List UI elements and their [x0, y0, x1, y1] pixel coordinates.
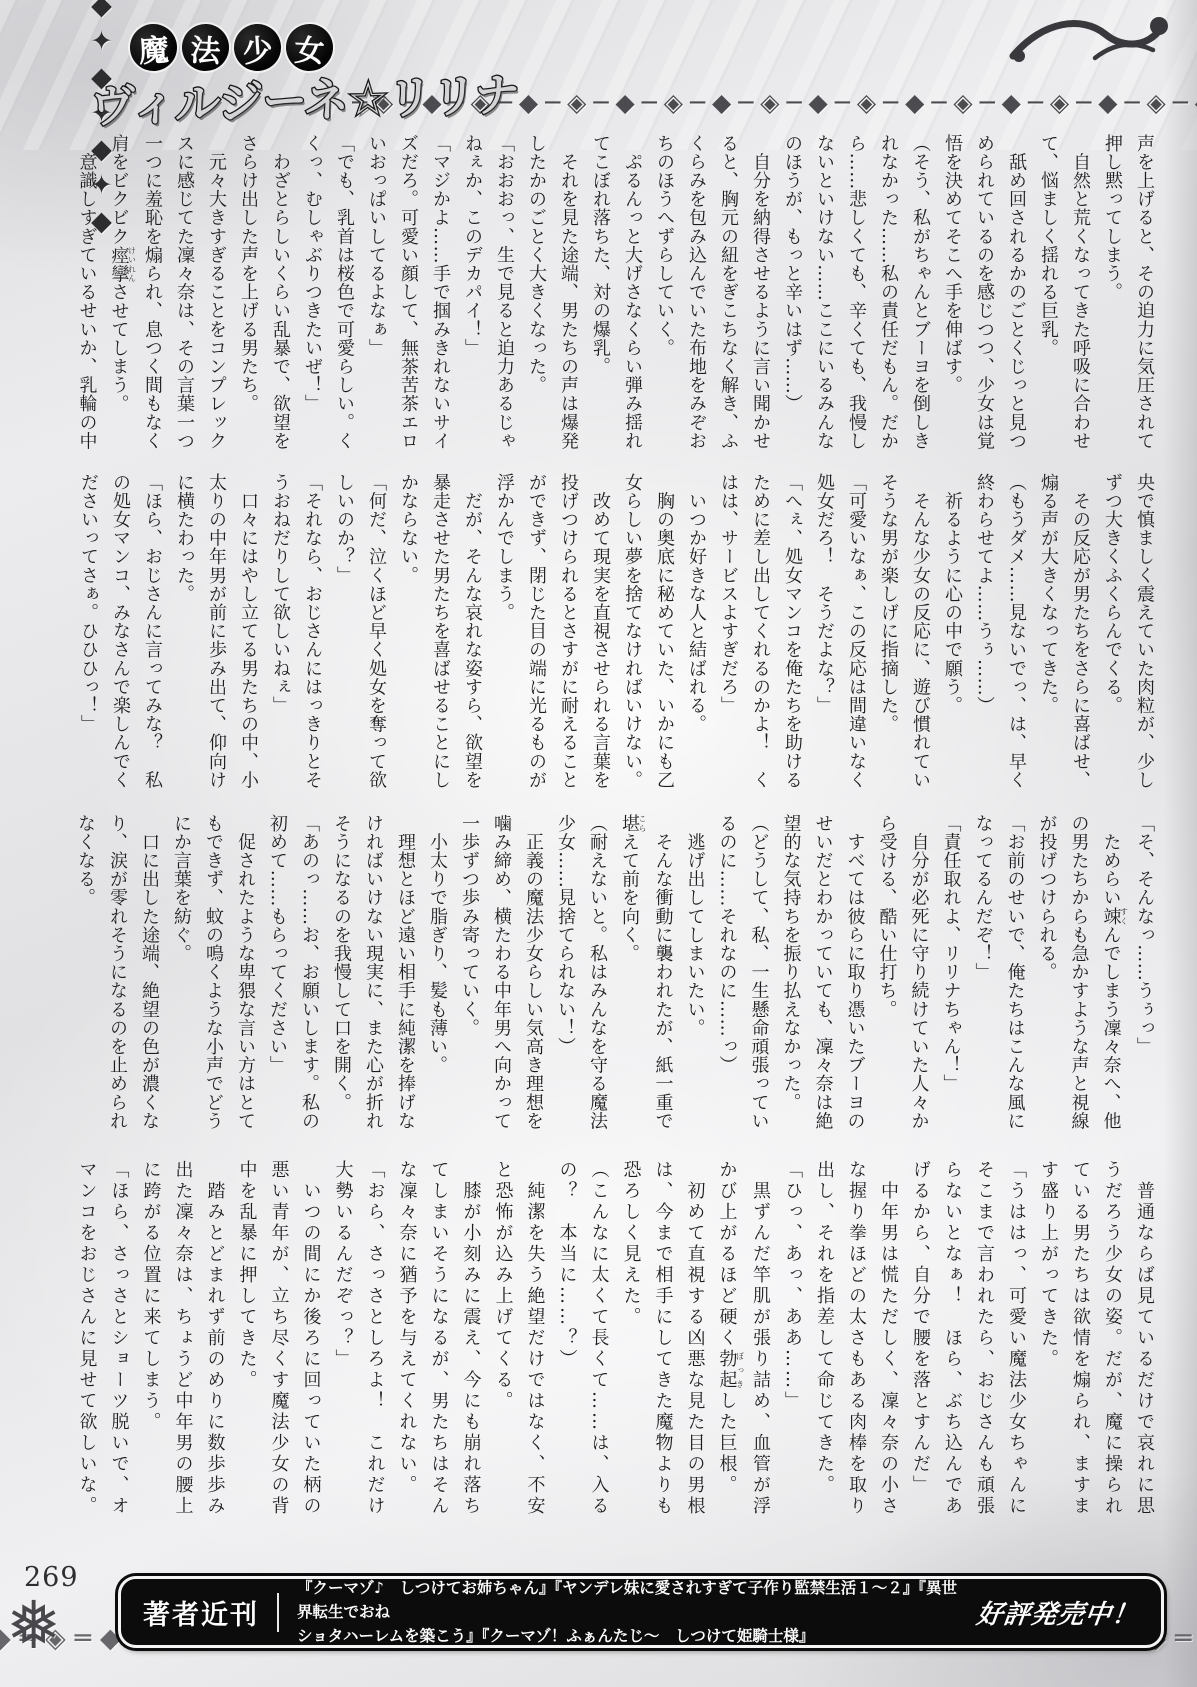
- text-column: 祈るように心の中で願う。: [936, 473, 968, 805]
- text-column: 「可愛いなぁ、この反応は間違いなく: [840, 473, 872, 805]
- text-column: は、今まで相手にしてきた魔物よりも: [647, 1160, 679, 1552]
- text-column: かび上がるほど硬く勃起ぼっきした巨根。: [711, 1160, 745, 1552]
- novel-text-band-2: 央で慎ましく震えていた肉粒が、少しずつ大きくふくらんでくる。 その反応が男たちを…: [72, 473, 1160, 805]
- novel-text-band-3: 「そ、そんなっ……うぅっ」 ためらい竦すくんでしまう凜々奈へ、他の男たちからも急…: [69, 814, 1160, 1146]
- text-column: 望的な気持ちを振り払えなかった。: [775, 814, 807, 1146]
- text-column: （耐えないと。私はみんなを守る魔法: [581, 814, 613, 1146]
- text-column: 肩をビクビク痙攣けいれんさせてしまう。: [103, 134, 137, 466]
- corner-flourish-icon: [1009, 6, 1169, 76]
- text-column: 初めて直視する凶悪な見た目の男根: [679, 1160, 711, 1552]
- text-column: す盛り上がってきた。: [1032, 1160, 1064, 1552]
- text-column: ださいってさぁ。ひひひっ！」: [72, 473, 104, 805]
- text-column: 少女……見捨てられない！）: [549, 814, 581, 1146]
- text-column: （もうダメ……見ないでっ、は、早く: [1000, 473, 1032, 805]
- text-column: ずつ大きくふくらんでくる。: [1096, 473, 1128, 805]
- text-column: 「へぇ、処女マンコを俺たちを助ける: [776, 473, 808, 805]
- text-column: 堪こらえて前を向く。: [613, 814, 647, 1146]
- text-column: さらけ出した声を上げる男たち。: [232, 134, 264, 466]
- text-column: そんな衝動に襲われたが、紙一重で: [647, 814, 679, 1146]
- text-column: せいだとわかっていても、凜々奈は絶: [807, 814, 839, 1146]
- text-column: ができず、閉じた目の端に光るものが: [520, 473, 552, 805]
- text-column: 「ほら、さっさとショーツ脱いで、オ: [103, 1160, 135, 1552]
- text-column: 噛み締め、横たわる中年男へ向かって: [485, 814, 517, 1146]
- text-column: な凜々奈に猶予を与えてくれない。: [391, 1160, 423, 1552]
- text-column: 声を上げると、その迫力に気圧されて: [1128, 134, 1160, 466]
- text-column: れなかった……私の責任だもん。だか: [872, 134, 904, 466]
- text-column: 「おら、さっさとしろよ！ これだけ: [359, 1160, 391, 1552]
- text-column: うおねだりして欲しいねぇ」: [264, 473, 296, 805]
- text-column: すべては彼らに取り憑いたブーヨの: [839, 814, 871, 1146]
- text-column: な握り拳ほどの太さもある肉棒を取り: [840, 1160, 872, 1552]
- text-column: （こんなに太くて長くて……は、入る: [583, 1160, 615, 1552]
- text-column: 押し黙ってしまう。: [1096, 134, 1128, 466]
- text-column: ズだろ。可愛い顔して、無茶苦茶エロ: [392, 134, 424, 466]
- text-column: 暴走させた男たちを喜ばせることにし: [424, 473, 456, 805]
- text-column: そこまで言われたら、おじさんも頑張: [968, 1160, 1000, 1552]
- text-column: ために差し出してくれるのかよ！ く: [744, 473, 776, 805]
- text-column: 改めて現実を直視させられる言葉を: [584, 473, 616, 805]
- page-number: 269: [24, 1562, 79, 1593]
- text-column: 舐め回されるかのごとくじっと見つ: [1000, 134, 1032, 466]
- text-column: いつの間にか後ろに回っていた柄の: [295, 1160, 327, 1552]
- text-column: （どうして、私、一生懸命頑張ってい: [743, 814, 775, 1146]
- text-column: 口に出した途端、絶望の色が濃くな: [133, 814, 165, 1146]
- text-column: いおっぱいしてるよなぁ」: [360, 134, 392, 466]
- text-column: 普通ならば見ているだけで哀れに思: [1128, 1160, 1160, 1552]
- series-logo-title: ヴィルジーネ☆リリナ: [89, 58, 519, 135]
- text-column: 「でも、乳首は桜色で可愛らしい。く: [328, 134, 360, 466]
- text-column: 「お前のせいで、俺たちはこんな風に: [999, 814, 1031, 1146]
- text-column: ないといけない……ここにいるみんな: [808, 134, 840, 466]
- footer-label: 著者近刊: [143, 1593, 279, 1632]
- text-column: しいのか？」: [328, 473, 360, 805]
- text-column: 逃げ出してしまいたい。: [679, 814, 711, 1146]
- text-column: 促されたような卑猥な言い方はとて: [229, 814, 261, 1146]
- text-column: ぷるんっと大げさなくらい弾み揺れ: [616, 134, 648, 466]
- text-column: 正義の魔法少女らしい気高き理想を: [517, 814, 549, 1146]
- text-column: 小太りで脂ぎり、髪も薄い。: [421, 814, 453, 1146]
- text-column: マンコをおじさんに見せて欲しいな。: [71, 1160, 103, 1552]
- footer-book-titles: 『クーマゾ♪ しつけてお姉ちゃん』『ヤンデレ妹に愛されすぎて子作り監禁生活１～２…: [297, 1576, 959, 1648]
- text-column: 煽る声が大きくなってきた。: [1032, 473, 1064, 805]
- text-column: てしまいそうになるが、男たちはそん: [423, 1160, 455, 1552]
- text-column: スに感じてた凜々奈は、その言葉一つ: [168, 134, 200, 466]
- text-column: 「うははっ、可愛い魔法少女ちゃんに: [1000, 1160, 1032, 1552]
- text-column: ている男たちは欲情を煽られ、ますま: [1064, 1160, 1096, 1552]
- text-column: それを見た途端、男たちの声は爆発: [552, 134, 584, 466]
- logo-badge-char: 法: [181, 23, 230, 72]
- text-column: 投げつけられるとさすがに耐えること: [552, 473, 584, 805]
- author-books-footer: 著者近刊 『クーマゾ♪ しつけてお姉ちゃん』『ヤンデレ妹に愛されすぎて子作り監禁…: [118, 1576, 1164, 1648]
- footer-titles-line1: 『クーマゾ♪ しつけてお姉ちゃん』『ヤンデレ妹に愛されすぎて子作り監禁生活１～２…: [297, 1579, 957, 1621]
- text-column: 中年男は慌ただしく、凜々奈の小さ: [872, 1160, 904, 1552]
- text-column: なってるんだぞ！」: [967, 814, 999, 1146]
- text-column: 一つに羞恥を煽られ、息つく間もなく: [136, 134, 168, 466]
- text-column: 理想とほど遠い相手に純潔を捧げな: [389, 814, 421, 1146]
- text-column: 悟を決めてそこへ手を伸ばす。: [936, 134, 968, 466]
- text-column: 膝が小刻みに震え、今にも崩れ落ち: [455, 1160, 487, 1552]
- text-column: くっ、むしゃぶりつきたいぜ！」: [296, 134, 328, 466]
- novel-page: ◆✦◆✦◆✦◆✦◆✦ ─◈─◆─◈─◆─◈─◆─◈─◆─◈─◆─◈─◆─◈─◆─…: [0, 0, 1197, 1687]
- text-column: なくなる。: [69, 814, 101, 1146]
- text-column: 中を乱暴に押してきた。: [231, 1160, 263, 1552]
- text-column: 出た凜々奈は、ちょうど中年男の腰上: [167, 1160, 199, 1552]
- text-column: 「何だ、泣くほど早く処女を奪って欲: [360, 473, 392, 805]
- text-column: 悪い青年が、立ち尽くす魔法少女の背: [263, 1160, 295, 1552]
- text-column: わざとらしいくらい乱暴で、欲望を: [264, 134, 296, 466]
- text-column: 「ひっ、あっ、ああ……」: [776, 1160, 808, 1552]
- text-column: 自分を納得させるように言い聞かせ: [744, 134, 776, 466]
- text-column: 「あのっ……お、お願いします。私の: [293, 814, 325, 1146]
- text-column: ければいけない現実に、また心が折れ: [357, 814, 389, 1146]
- text-column: に跨がる位置に来てしまう。: [135, 1160, 167, 1552]
- footer-promo: 好評発売中！: [975, 1594, 1142, 1631]
- novel-text-band-4: 普通ならば見ているだけで哀れに思うだろう少女の姿。だが、魔に操られている男たちは…: [71, 1160, 1161, 1552]
- text-column: 「責任取れよ、リリナちゃん！」: [935, 814, 967, 1146]
- text-column: に横たわった。: [168, 473, 200, 805]
- text-column: 初めて……もらってください」: [261, 814, 293, 1146]
- text-column: ちのほうへずらしていく。: [648, 134, 680, 466]
- text-column: ら……悲しくても、辛くても、我慢し: [840, 134, 872, 466]
- text-column: もできず、蚊の鳴くような小声でどう: [197, 814, 229, 1146]
- text-column: ためらい竦すくんでしまう凜々奈へ、他: [1095, 814, 1129, 1146]
- text-column: 「ほら、おじさんに言ってみな？ 私: [136, 473, 168, 805]
- text-column: の処女マンコ、みなさんで楽しんでく: [104, 473, 136, 805]
- text-column: 終わらせてよ……うぅ……）: [968, 473, 1000, 805]
- text-column: 口々にはやし立てる男たちの中、小: [232, 473, 264, 805]
- text-column: そうな男が楽しげに指摘した。: [872, 473, 904, 805]
- text-column: げるから、自分で腰を落とすんだ」: [904, 1160, 936, 1552]
- logo-badge-char: 魔: [128, 22, 178, 72]
- text-column: 胸の奥底に秘めていた、いかにも乙: [648, 473, 680, 805]
- text-column: 純潔を失う絶望だけではなく、不安: [519, 1160, 551, 1552]
- text-column: そんな少女の反応に、遊び慣れてい: [904, 473, 936, 805]
- text-column: 「それなら、おじさんにはっきりとそ: [296, 473, 328, 805]
- text-column: 「マジかよ……手で掴みきれないサイ: [424, 134, 456, 466]
- novel-text-band-1: 声を上げると、その迫力に気圧されて押し黙ってしまう。 自然と荒くなってきた呼吸に…: [71, 134, 1161, 466]
- text-column: 「そ、そんなっ……うぅっ」: [1128, 814, 1160, 1146]
- text-column: 踏みとどまれず前のめりに数歩歩み: [199, 1160, 231, 1552]
- text-column: いつか好きな人と結ばれる。: [680, 473, 712, 805]
- text-column: 恐ろしく見えた。: [615, 1160, 647, 1552]
- text-column: 太りの中年男が前に歩み出て、仰向け: [200, 473, 232, 805]
- text-column: 出し、それを指差して命じてきた。: [808, 1160, 840, 1552]
- text-column: 浮かんでしまう。: [488, 473, 520, 805]
- text-column: 一歩ずつ歩み寄っていく。: [453, 814, 485, 1146]
- text-column: 処女だろ！ そうだよな？」: [808, 473, 840, 805]
- text-column: だが、そんな哀れな姿すら、欲望を: [456, 473, 488, 805]
- text-column: したかのごとく大きくなった。: [520, 134, 552, 466]
- text-column: 意識しすぎているせいか、乳輪の中: [71, 134, 103, 466]
- text-column: 自然と荒くなってきた呼吸に合わせ: [1064, 134, 1096, 466]
- snowflake-ornament-icon: ❅: [6, 1593, 61, 1659]
- text-column: 自分が必死に守り続けていた人々か: [903, 814, 935, 1146]
- text-column: 央で慎ましく震えていた肉粒が、少し: [1128, 473, 1160, 805]
- footer-titles-line2: ショタハーレムを築こう』『クーマゾ！ふぁんたじ～ しつけて姫騎士様』: [297, 1627, 814, 1645]
- text-column: うだろう少女の姿。だが、魔に操られ: [1096, 1160, 1128, 1552]
- text-column: らないとなぁ！ ほら、ぶち込んであ: [936, 1160, 968, 1552]
- text-column: められているのを感じつつ、少女は覚: [968, 134, 1000, 466]
- text-column: るのに……それなのに……っ）: [711, 814, 743, 1146]
- text-column: て、悩ましく揺れる巨乳。: [1032, 134, 1064, 466]
- text-column: 大勢いるんだぞっ？」: [327, 1160, 359, 1552]
- text-column: のほうが、もっと辛いはず……）: [776, 134, 808, 466]
- text-column: と恐怖が込み上げてくる。: [487, 1160, 519, 1552]
- text-column: くらみを包み込んでいた布地をみぞお: [680, 134, 712, 466]
- text-column: の男たちからも急かすような声と視線: [1063, 814, 1095, 1146]
- text-column: 元々大きすぎることをコンプレック: [200, 134, 232, 466]
- text-column: はは、サービスよすぎだろ」: [712, 473, 744, 805]
- text-column: ると、胸元の紐をぎこちなく解き、ふ: [712, 134, 744, 466]
- text-column: てこぼれ落ちた、対の爆乳。: [584, 134, 616, 466]
- text-column: ら受ける、酷い仕打ち。: [871, 814, 903, 1146]
- text-column: （そう、私がちゃんとブーヨを倒しき: [904, 134, 936, 466]
- text-column: その反応が男たちをさらに喜ばせ、: [1064, 473, 1096, 805]
- text-column: 黒ずんだ竿肌が張り詰め、血管が浮: [744, 1160, 776, 1552]
- text-column: ねぇか、このデカパイ！」: [456, 134, 488, 466]
- text-column: にか言葉を紡ぐ。: [165, 814, 197, 1146]
- text-column: の？ 本当に……？）: [551, 1160, 583, 1552]
- text-column: かならない。: [392, 473, 424, 805]
- text-column: そうになるのを我慢して口を開く。: [325, 814, 357, 1146]
- text-column: り、涙が零れそうになるのを止められ: [101, 814, 133, 1146]
- text-column: が投げつけられる。: [1031, 814, 1063, 1146]
- text-column: 女らしい夢を捨てなければいけない。: [616, 473, 648, 805]
- text-column: 「おおおっ、生で見ると迫力あるじゃ: [488, 134, 520, 466]
